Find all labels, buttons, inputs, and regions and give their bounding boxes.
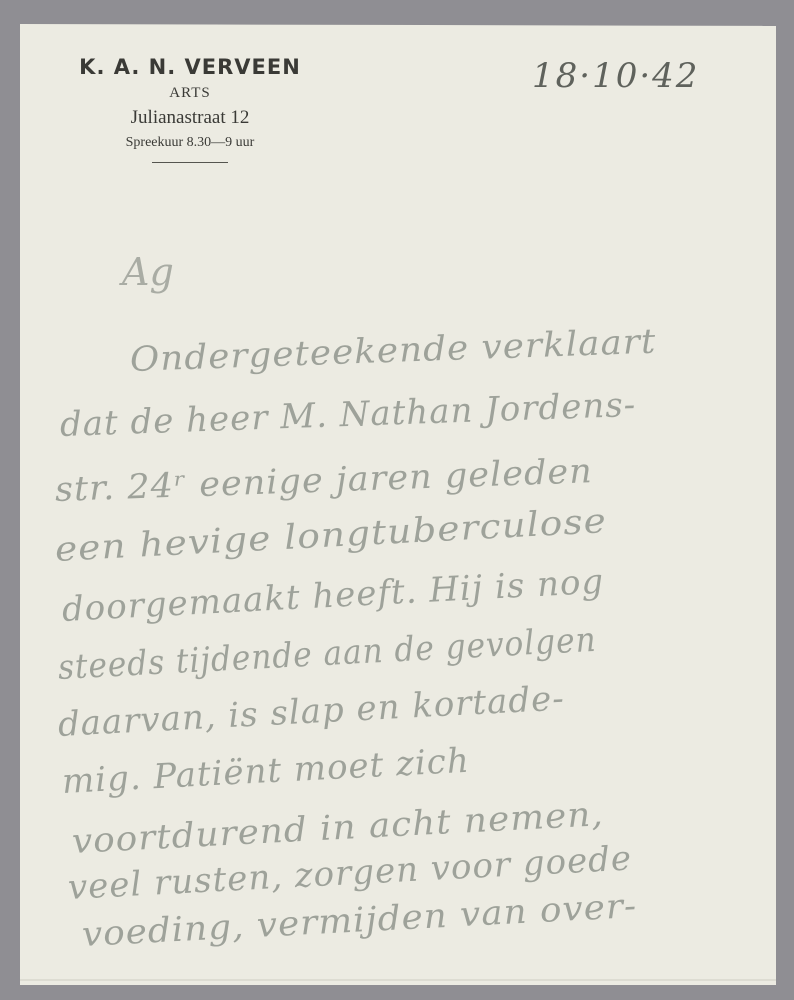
letter-salutation: Ag (122, 250, 174, 294)
letterhead: K. A. N. VERVEEN ARTS Julianastraat 12 S… (40, 54, 340, 163)
letterhead-hours: Spreekuur 8.30—9 uur (40, 134, 340, 152)
letterhead-divider (152, 162, 228, 163)
letter-date: 18·10·42 (532, 56, 699, 96)
letterhead-address: Julianastraat 12 (40, 106, 340, 130)
letterhead-title: ARTS (40, 84, 340, 102)
letterhead-name: K. A. N. VERVEEN (40, 54, 340, 80)
